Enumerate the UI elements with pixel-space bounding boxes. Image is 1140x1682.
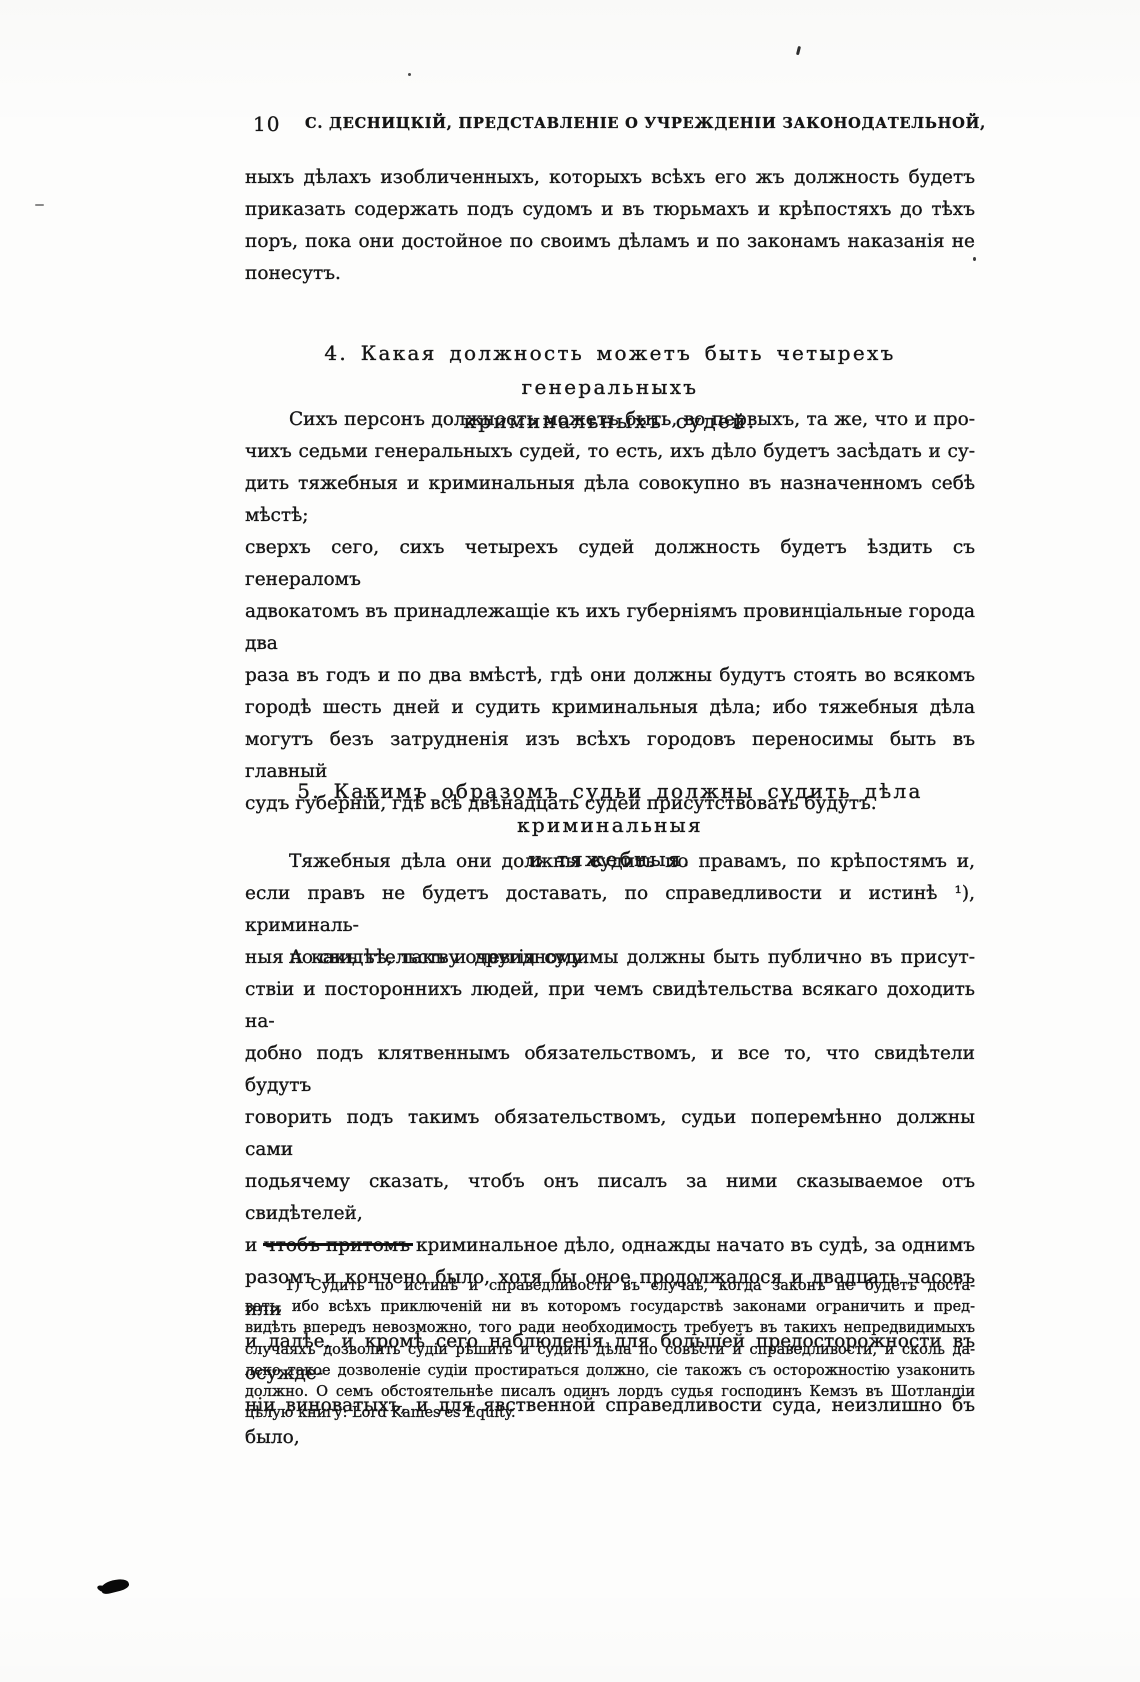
text-line: и чтобъ притомъ криминальное дѣло, однаж… [245, 1230, 975, 1262]
scan-speck-period [973, 257, 976, 261]
footnote-line: видѣть впередъ невозможно, того ради нео… [245, 1318, 975, 1339]
running-header: 10 С. ДЕСНИЦКІЙ, ПРЕДСТАВЛЕНІЕ О УЧРЕЖДЕ… [245, 112, 975, 138]
scan-speck-dot [408, 73, 411, 76]
footnote-line: вать, ибо всѣхъ приключеній ни въ которо… [245, 1297, 975, 1318]
heading-line: 5. Какимъ образомъ судьи должны судить д… [245, 774, 975, 842]
page-number: 10 [253, 112, 280, 136]
footnote-separator-rule [263, 1243, 413, 1246]
scanned-book-page: 10 С. ДЕСНИЦКІЙ, ПРЕДСТАВЛЕНІЕ О УЧРЕЖДЕ… [0, 0, 1140, 1682]
text-line: раза въ годъ и по два вмѣстѣ, гдѣ они до… [245, 660, 975, 692]
text-line: понесутъ. [245, 258, 975, 290]
heading-line: 4. Какая должность можетъ быть четырехъ … [245, 336, 975, 404]
text-line: адвокатомъ въ принадлежащіе къ ихъ губер… [245, 596, 975, 660]
text-line: ныхъ дѣлахъ изобличенныхъ, которыхъ всѣх… [245, 162, 975, 194]
scan-speck-hyphen [35, 204, 44, 206]
footnote-line: должно. О семъ обстоятельнѣе писалъ один… [245, 1382, 975, 1403]
section-4-paragraph: Сихъ персонъ должность можетъ быть, во п… [245, 404, 975, 820]
text-line: говорить подъ такимъ обязательствомъ, су… [245, 1102, 975, 1166]
running-title: С. ДЕСНИЦКІЙ, ПРЕДСТАВЛЕНІЕ О УЧРЕЖДЕНІИ… [305, 115, 945, 132]
text-line: Сихъ персонъ должность можетъ быть, во п… [245, 404, 975, 436]
scan-speck-apostrophe [796, 46, 801, 55]
text-line: дить тяжебныя и криминальныя дѣла совоку… [245, 468, 975, 532]
text-line: Тяжебныя дѣла они должны судить по права… [245, 846, 975, 878]
text-line: если правъ не будетъ доставать, по справ… [245, 878, 975, 942]
text-line: сверхъ сего, сихъ четырехъ судей должнос… [245, 532, 975, 596]
text-line: ствіи и постороннихъ людей, при чемъ сви… [245, 974, 975, 1038]
text-line: подьячему сказать, чтобъ онъ писалъ за н… [245, 1166, 975, 1230]
text-line: А какъ тѣ, такъ и другія судимы должны б… [245, 942, 975, 974]
footnote: 1) Судить по истинѣ и справедливости въ … [245, 1276, 975, 1424]
paragraph-continuation: ныхъ дѣлахъ изобличенныхъ, которыхъ всѣх… [245, 162, 975, 290]
text-line: добно подъ клятвеннымъ обязательствомъ, … [245, 1038, 975, 1102]
text-line: чихъ седьми генеральныхъ судей, то есть,… [245, 436, 975, 468]
text-line: приказать содержать подъ судомъ и въ тюр… [245, 194, 975, 226]
text-line: поръ, пока они достойное по своимъ дѣлам… [245, 226, 975, 258]
text-line: городѣ шесть дней и судить криминальныя … [245, 692, 975, 724]
footnote-line: случаяхъ дозволить судіи рѣшить и судить… [245, 1340, 975, 1361]
footnote-line: леко такое дозволеніе судіи простираться… [245, 1361, 975, 1382]
footnote-line: 1) Судить по истинѣ и справедливости въ … [245, 1276, 975, 1297]
footnote-line: цѣлую книгу: Lord Kames'es Equity. [245, 1403, 975, 1424]
